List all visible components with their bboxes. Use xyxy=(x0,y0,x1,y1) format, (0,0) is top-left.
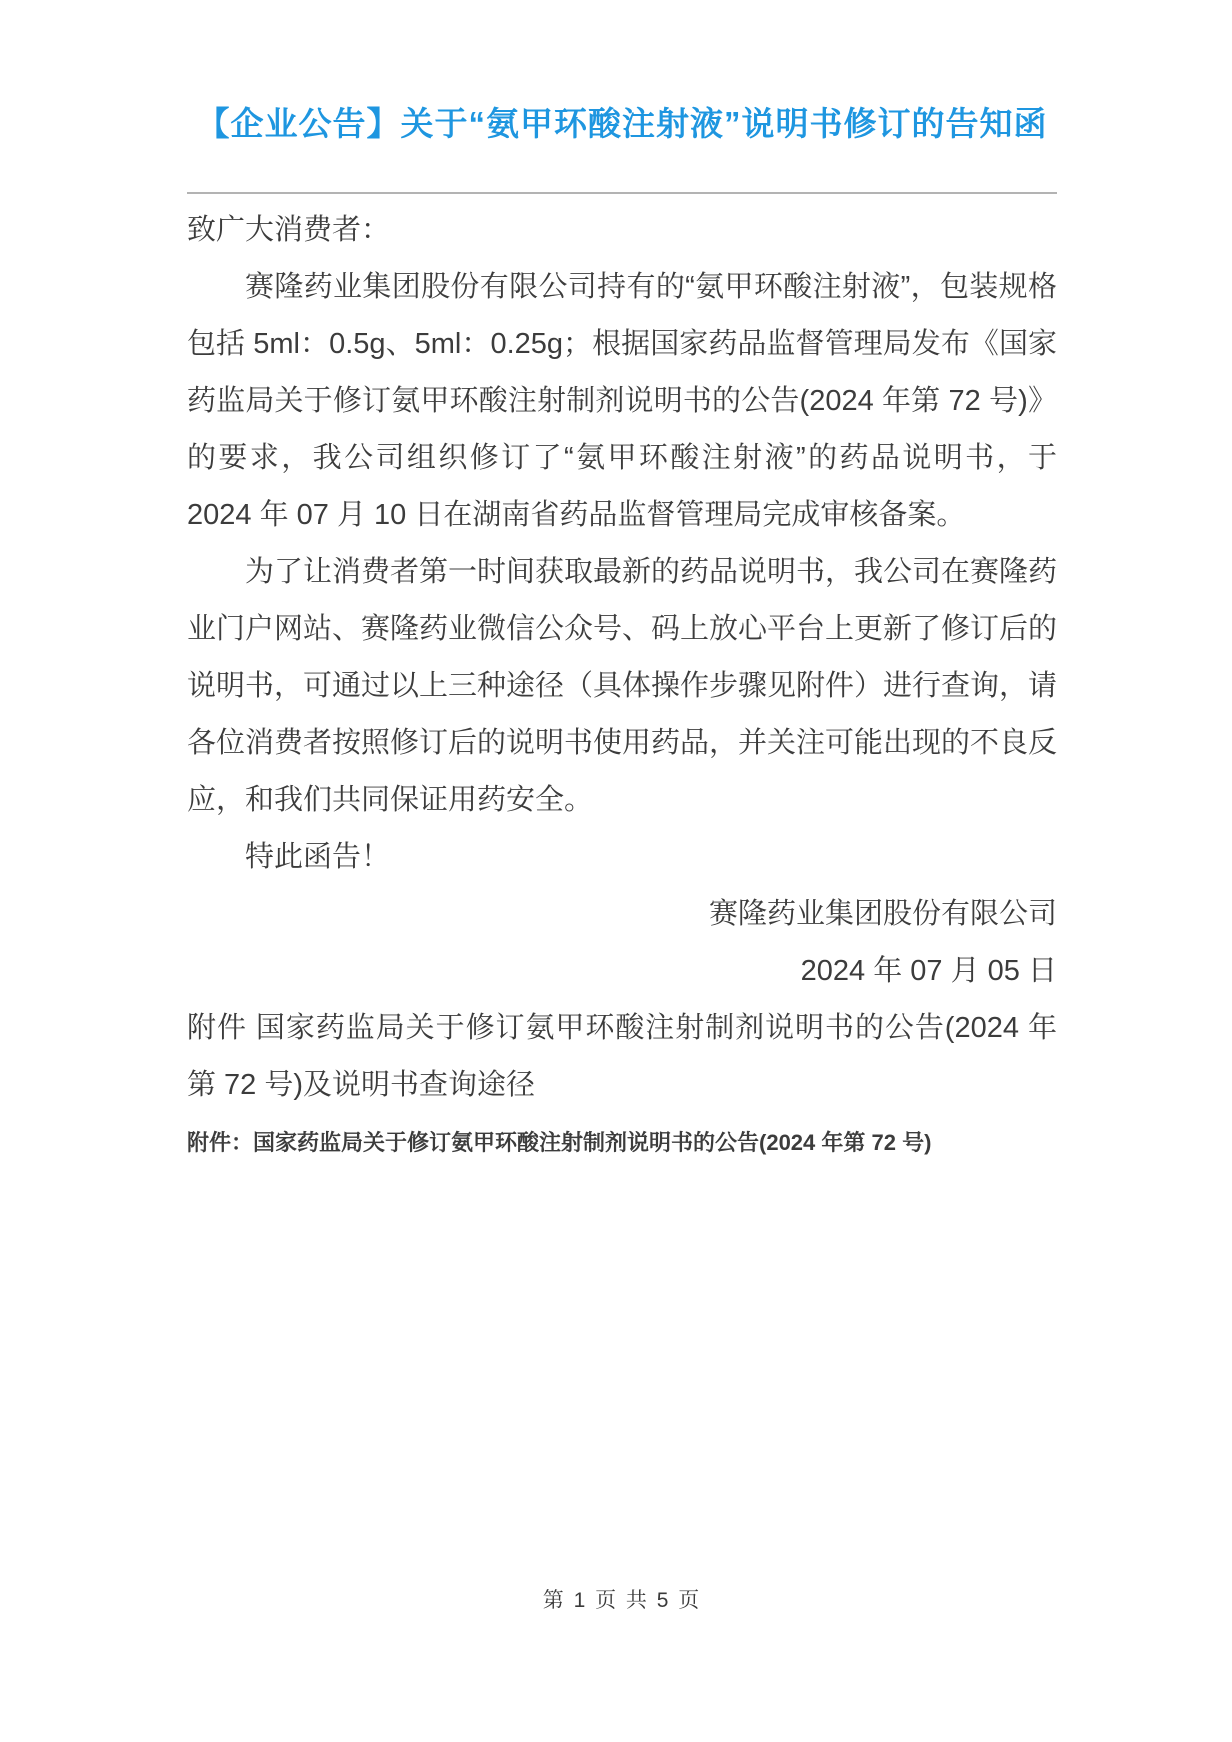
title-divider xyxy=(187,192,1057,194)
closing-line: 特此函告！ xyxy=(187,829,1057,886)
letter-body: 致广大消费者： 赛隆药业集团股份有限公司持有的“氨甲环酸注射液”，包装规格包括 … xyxy=(187,202,1057,1160)
attachment-note: 附件：国家药监局关于修订氨甲环酸注射制剂说明书的公告(2024 年第 72 号) xyxy=(187,1126,1057,1160)
signature-date: 2024 年 07 月 05 日 xyxy=(187,943,1057,1000)
paragraph-2: 为了让消费者第一时间获取最新的药品说明书，我公司在赛隆药业门户网站、赛隆药业微信… xyxy=(187,544,1057,829)
salutation: 致广大消费者： xyxy=(187,202,1057,259)
page-title: 【企业公告】关于“氨甲环酸注射液”说明书修订的告知函 xyxy=(187,100,1057,148)
page-number-footer: 第 1 页 共 5 页 xyxy=(187,1584,1057,1614)
paragraph-1: 赛隆药业集团股份有限公司持有的“氨甲环酸注射液”，包装规格包括 5ml：0.5g… xyxy=(187,259,1057,544)
signature-company: 赛隆药业集团股份有限公司 xyxy=(187,886,1057,943)
attachment-reference: 附件 国家药监局关于修订氨甲环酸注射制剂说明书的公告(2024 年第 72 号)… xyxy=(187,1000,1057,1114)
document-content: 【企业公告】关于“氨甲环酸注射液”说明书修订的告知函 致广大消费者： 赛隆药业集… xyxy=(0,100,1232,1160)
document-page: 【企业公告】关于“氨甲环酸注射液”说明书修订的告知函 致广大消费者： 赛隆药业集… xyxy=(0,0,1232,1742)
